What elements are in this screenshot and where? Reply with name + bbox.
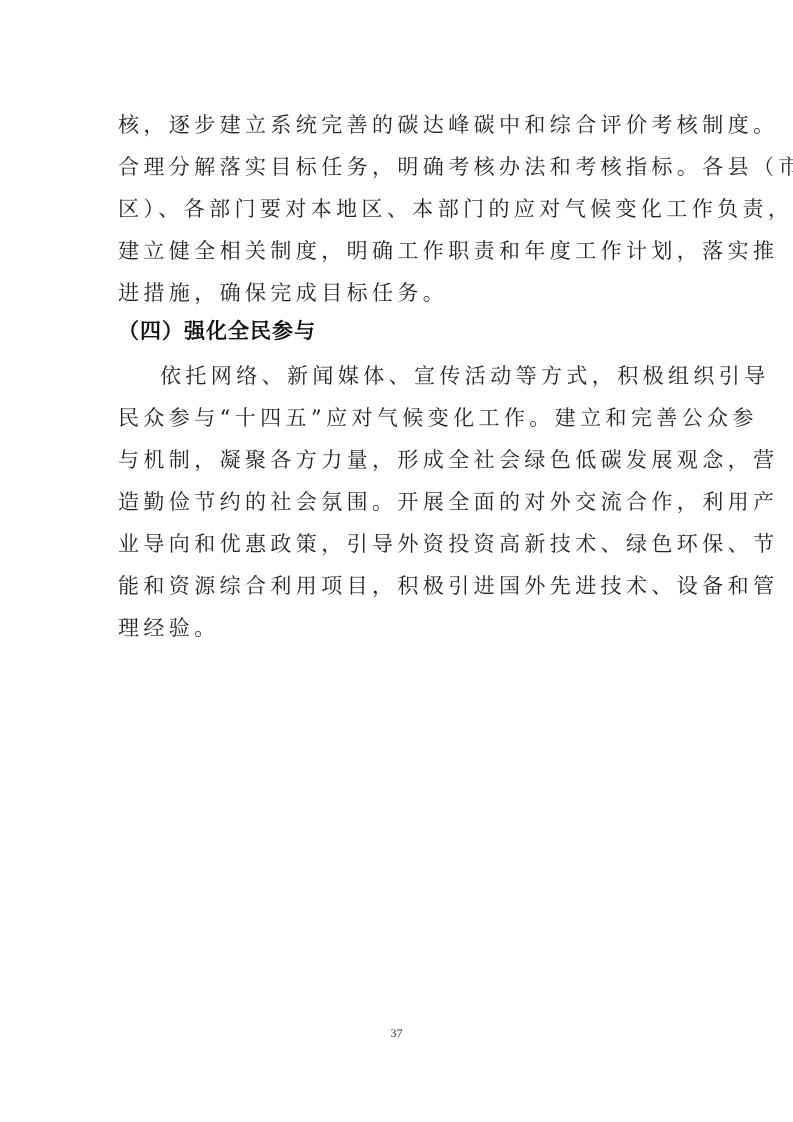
body-text-line: 业导向和优惠政策，引导外资投资高新技术、绿色环保、节 [118,530,678,558]
body-text-line: 建立健全相关制度，明确工作职责和年度工作计划，落实推 [118,237,678,265]
body-text-line: 依托网络、新闻媒体、宣传活动等方式，积极组织引导 [160,362,720,390]
body-text-line: 民众参与“十四五”应对气候变化工作。建立和完善公众参 [118,404,678,432]
body-text-line: 能和资源综合利用项目，积极引进国外先进技术、设备和管 [118,572,678,600]
body-text-line: 合理分解落实目标任务，明确考核办法和考核指标。各县（市、 [118,153,678,181]
page-number: 37 [0,1026,793,1041]
body-text-line: 核，逐步建立系统完善的碳达峰碳中和综合评价考核制度。 [118,111,678,139]
body-text-line: 造勤俭节约的社会氛围。开展全面的对外交流合作，利用产 [118,488,678,516]
document-page: 核，逐步建立系统完善的碳达峰碳中和综合评价考核制度。 合理分解落实目标任务，明确… [0,0,793,1122]
body-text-line: 进措施，确保完成目标任务。 [118,279,678,307]
section-heading: （四）强化全民参与 [118,317,316,345]
body-text-line: 与机制，凝聚各方力量，形成全社会绿色低碳发展观念，营 [118,446,678,474]
body-text-line: 区）、各部门要对本地区、本部门的应对气候变化工作负责， [118,195,678,223]
body-text-line: 理经验。 [118,614,678,642]
